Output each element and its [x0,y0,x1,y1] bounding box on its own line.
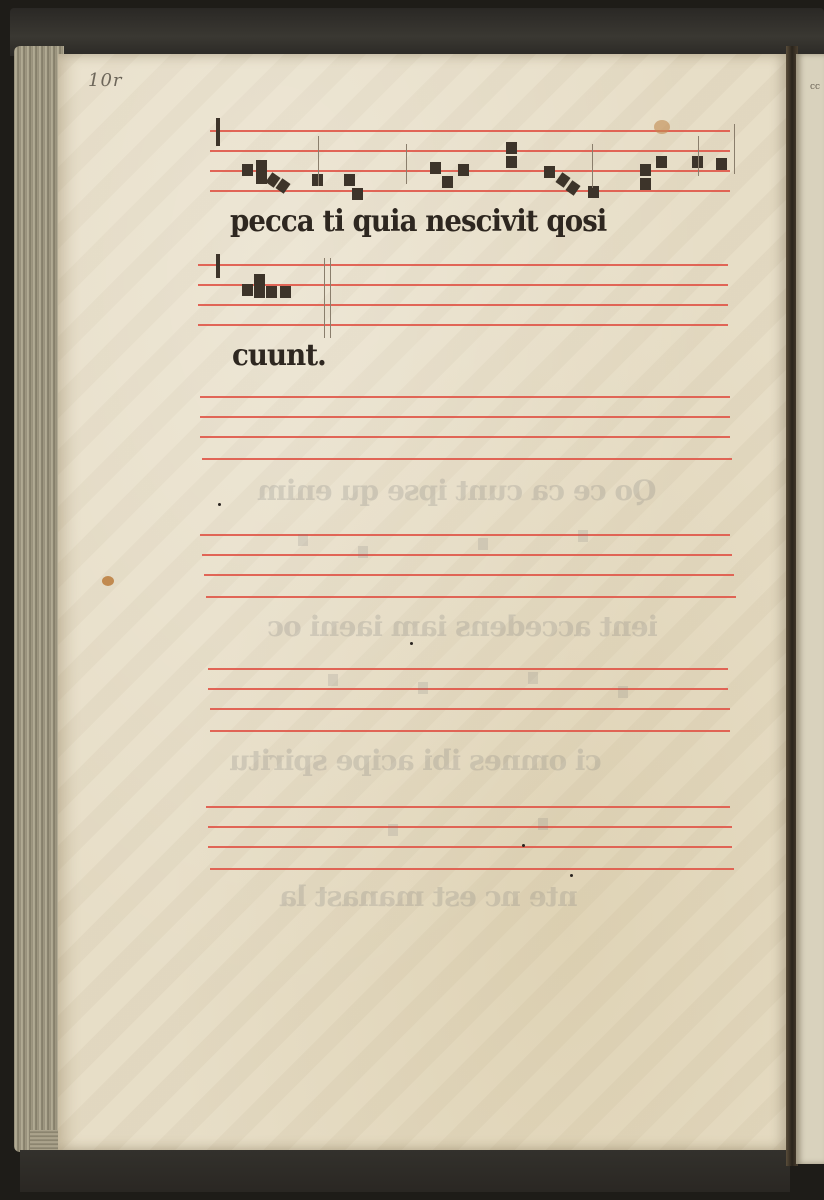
folio-number: 10r [88,70,123,91]
page-stack-left-edge [14,46,64,1152]
bleed-through-text-3: ci omnes ibi acipe spiritu [230,744,602,777]
lyric-line-1: pecca ti quia nescivit qosi [230,204,606,239]
lyric-line-2: cuunt. [232,338,326,373]
bleed-through-text-4: nte nc est manast la [280,880,578,913]
book-cover-bottom [20,1150,790,1192]
book-cover-top [10,8,824,56]
facing-page-mark: cc [810,82,820,92]
bleed-through-text-2: ient accedens iam iaeni oc [268,610,658,643]
clef-icon [216,254,220,278]
facing-page-edge [796,54,824,1164]
bleed-through-text-1: Qo ce ca cunt ipse qu enim [258,474,656,507]
manuscript-page: pecca ti quia nescivit qosi cuunt. Qo ce… [58,54,786,1150]
clef-icon [216,118,220,146]
